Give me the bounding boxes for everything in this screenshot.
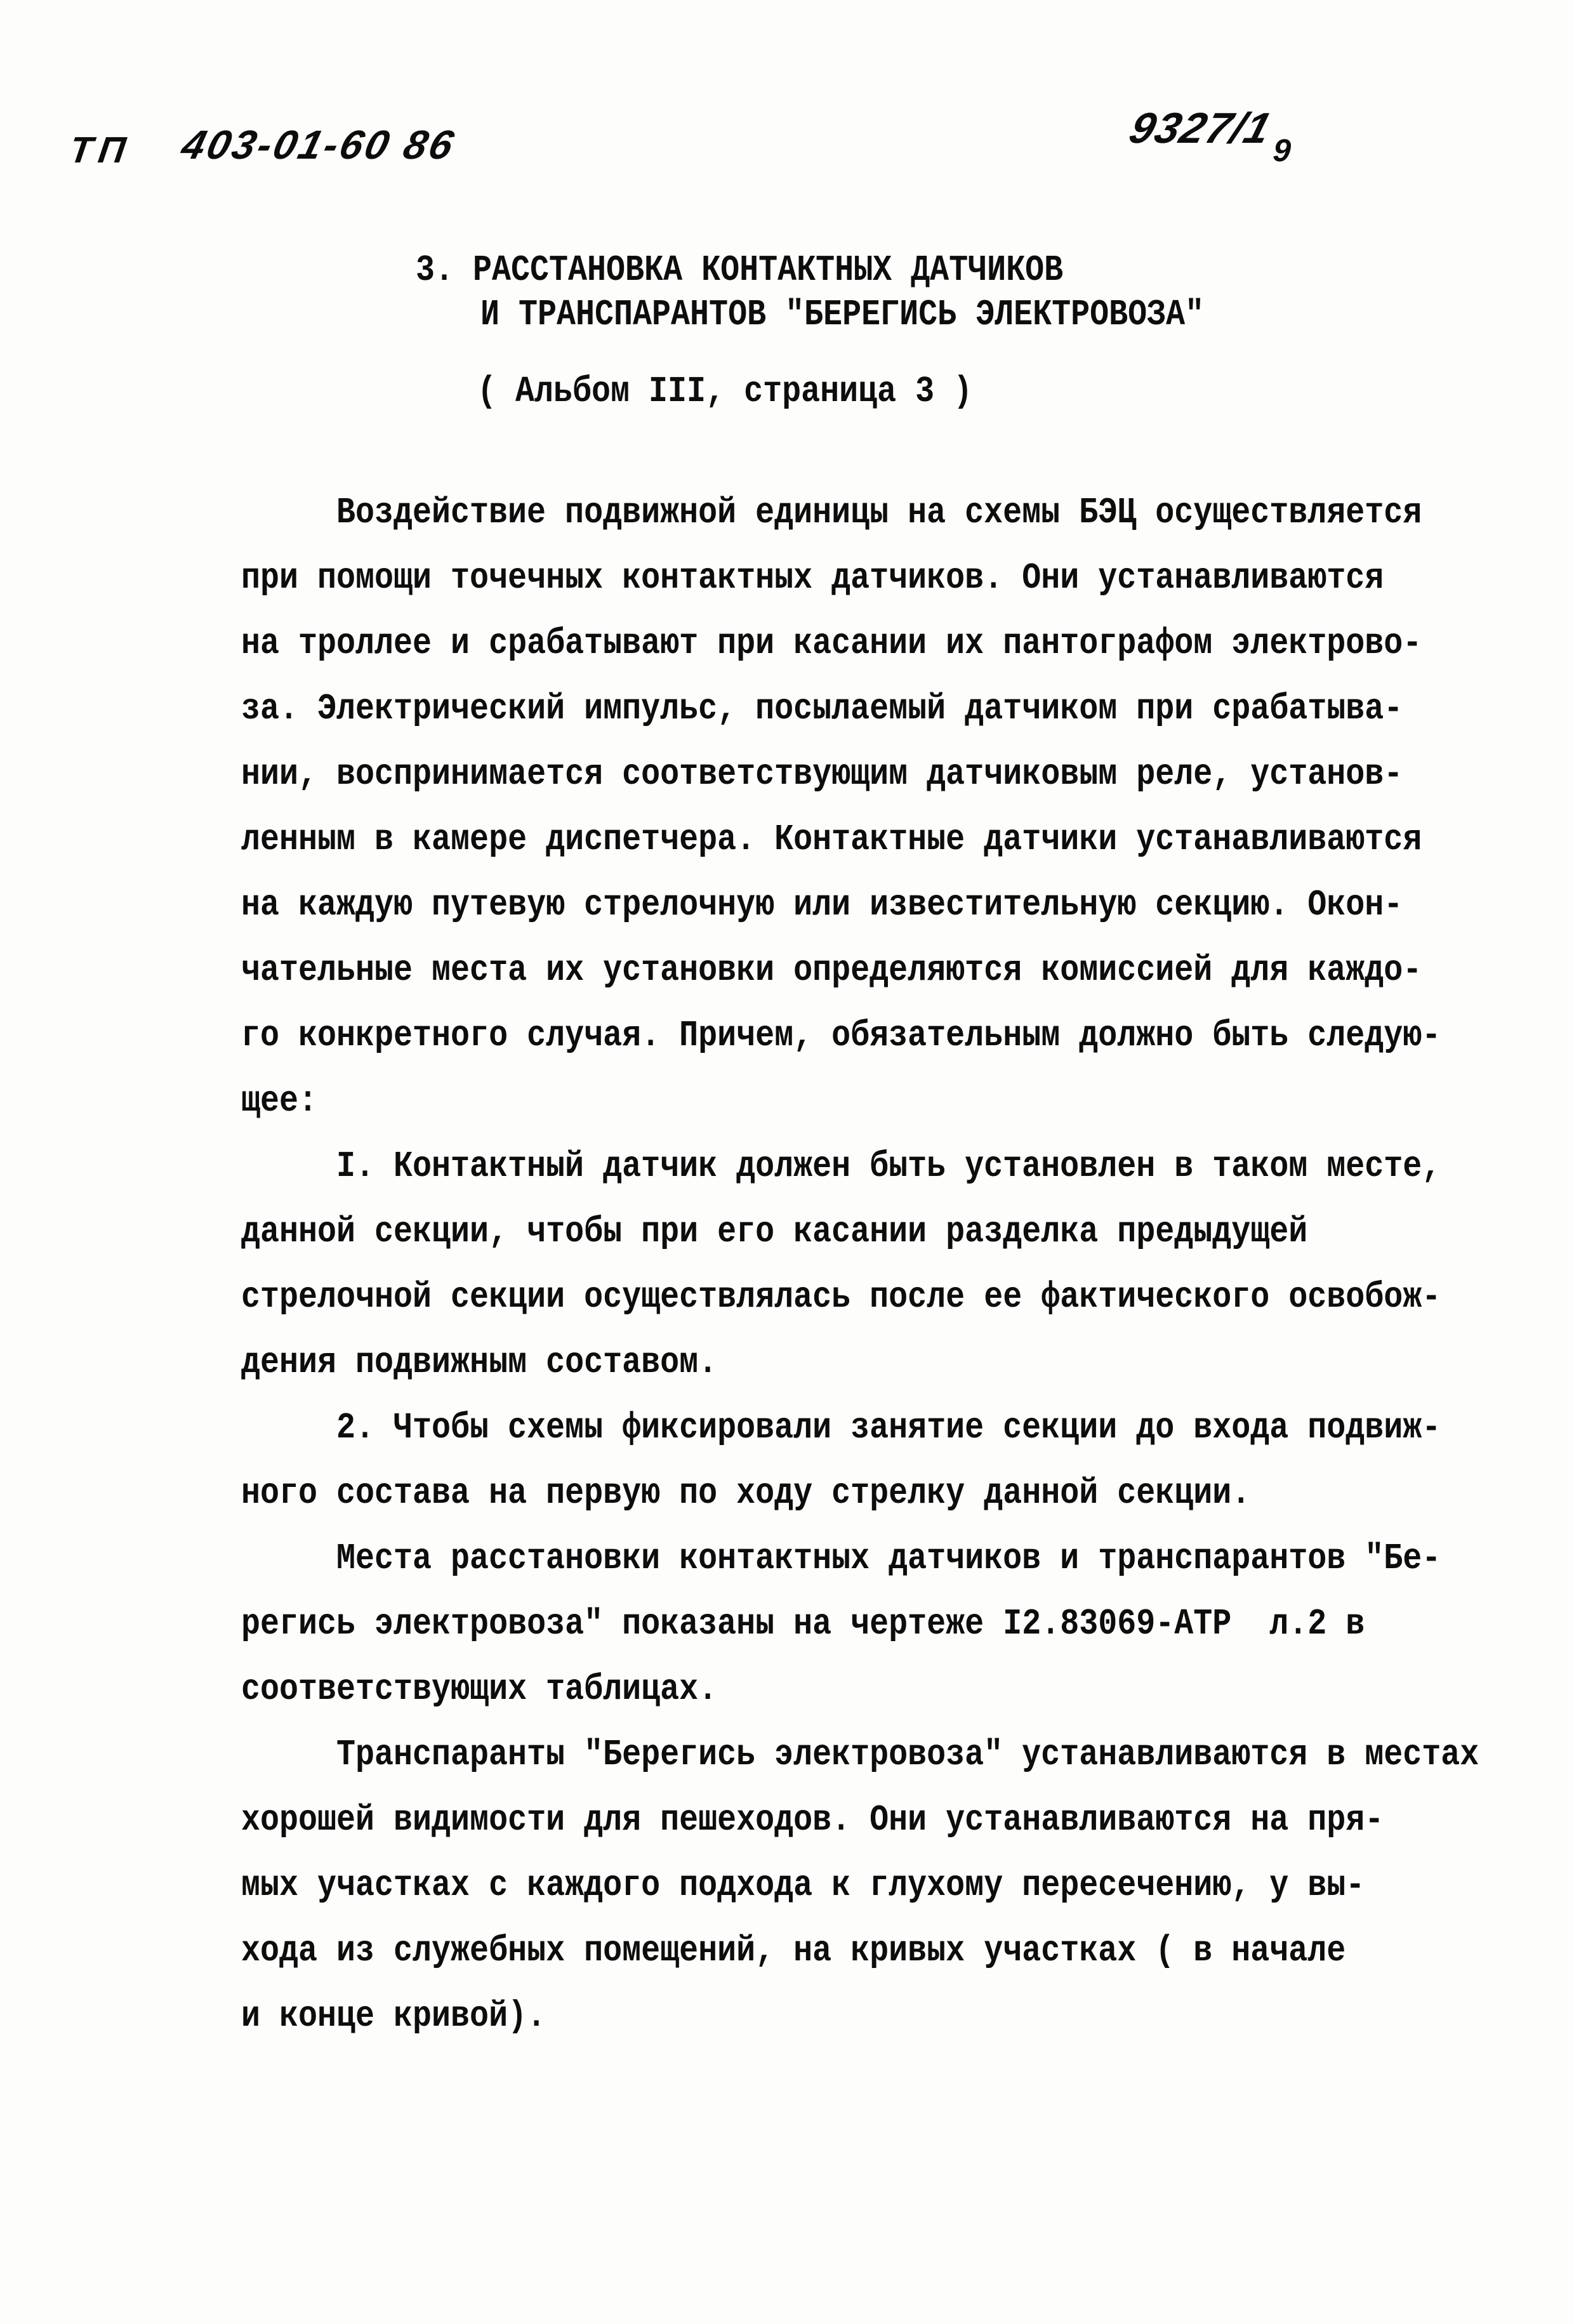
doc-code: 403-01-60 86 [178,124,460,165]
text-line-9: го конкретного случая. Причем, обязатель… [241,998,1504,1073]
section-title-line-1: 3. РАССТАНОВКА КОНТАКТНЫХ ДАТЧИКОВ [416,246,1063,297]
text-line-17: Места расстановки контактных датчиков и … [241,1521,1504,1596]
text-line-10: щее: [241,1064,1504,1139]
text-line-6: ленным в камере диспетчера. Контактные д… [241,802,1504,877]
text-line-16: ного состава на первую по ходу стрелку д… [241,1456,1504,1531]
scanned-document-page: ТП 403-01-60 86 9327/1 9 3. РАССТАНОВКА … [0,0,1574,2324]
text-line-5: нии, воспринимается соответствующим датч… [241,737,1504,812]
doc-number: 9327/1 [1125,107,1276,150]
text-line-18: регись электровоза" показаны на чертеже … [241,1587,1504,1661]
text-line-12: данной секции, чтобы при его касании раз… [241,1194,1504,1269]
text-line-23: хода из служебных помещений, на кривых у… [241,1913,1504,1988]
text-line-4: за. Электрический импульс, посылаемый да… [241,671,1504,746]
text-line-3: на троллее и срабатывают при касании их … [241,606,1504,681]
text-line-14: дения подвижным составом. [241,1325,1504,1400]
text-line-11: I. Контактный датчик должен быть установ… [241,1129,1504,1204]
text-line-24: и конце кривой). [241,1979,1504,2054]
section-title-line-2: И ТРАНСПАРАНТОВ "БЕРЕГИСЬ ЭЛЕКТРОВОЗА" [480,290,1204,341]
text-line-8: чательные места их установки определяютс… [241,933,1504,1008]
text-line-7: на каждую путевую стрелочную или извести… [241,868,1504,942]
text-line-2: при помощи точечных контактных датчиков.… [241,541,1504,616]
text-line-22: мых участках с каждого подхода к глухому… [241,1848,1504,1923]
text-line-15: 2. Чтобы схемы фиксировали занятие секци… [241,1390,1504,1465]
page-number: 9 [1272,135,1292,166]
text-line-21: хорошей видимости для пешеходов. Они уст… [241,1783,1504,1858]
doc-code-prefix: ТП [67,132,134,169]
text-line-19: соответствующих таблицах. [241,1652,1504,1727]
text-line-20: Транспаранты "Берегись электровоза" уста… [241,1717,1504,1792]
body-text: Воздействие подвижной единицы на схемы Б… [241,480,1504,2049]
text-line-13: стрелочной секции осуществлялась после е… [241,1260,1504,1335]
section-subtitle: ( Альбом III, страница 3 ) [477,367,972,418]
text-line-1: Воздействие подвижной единицы на схемы Б… [241,475,1504,550]
